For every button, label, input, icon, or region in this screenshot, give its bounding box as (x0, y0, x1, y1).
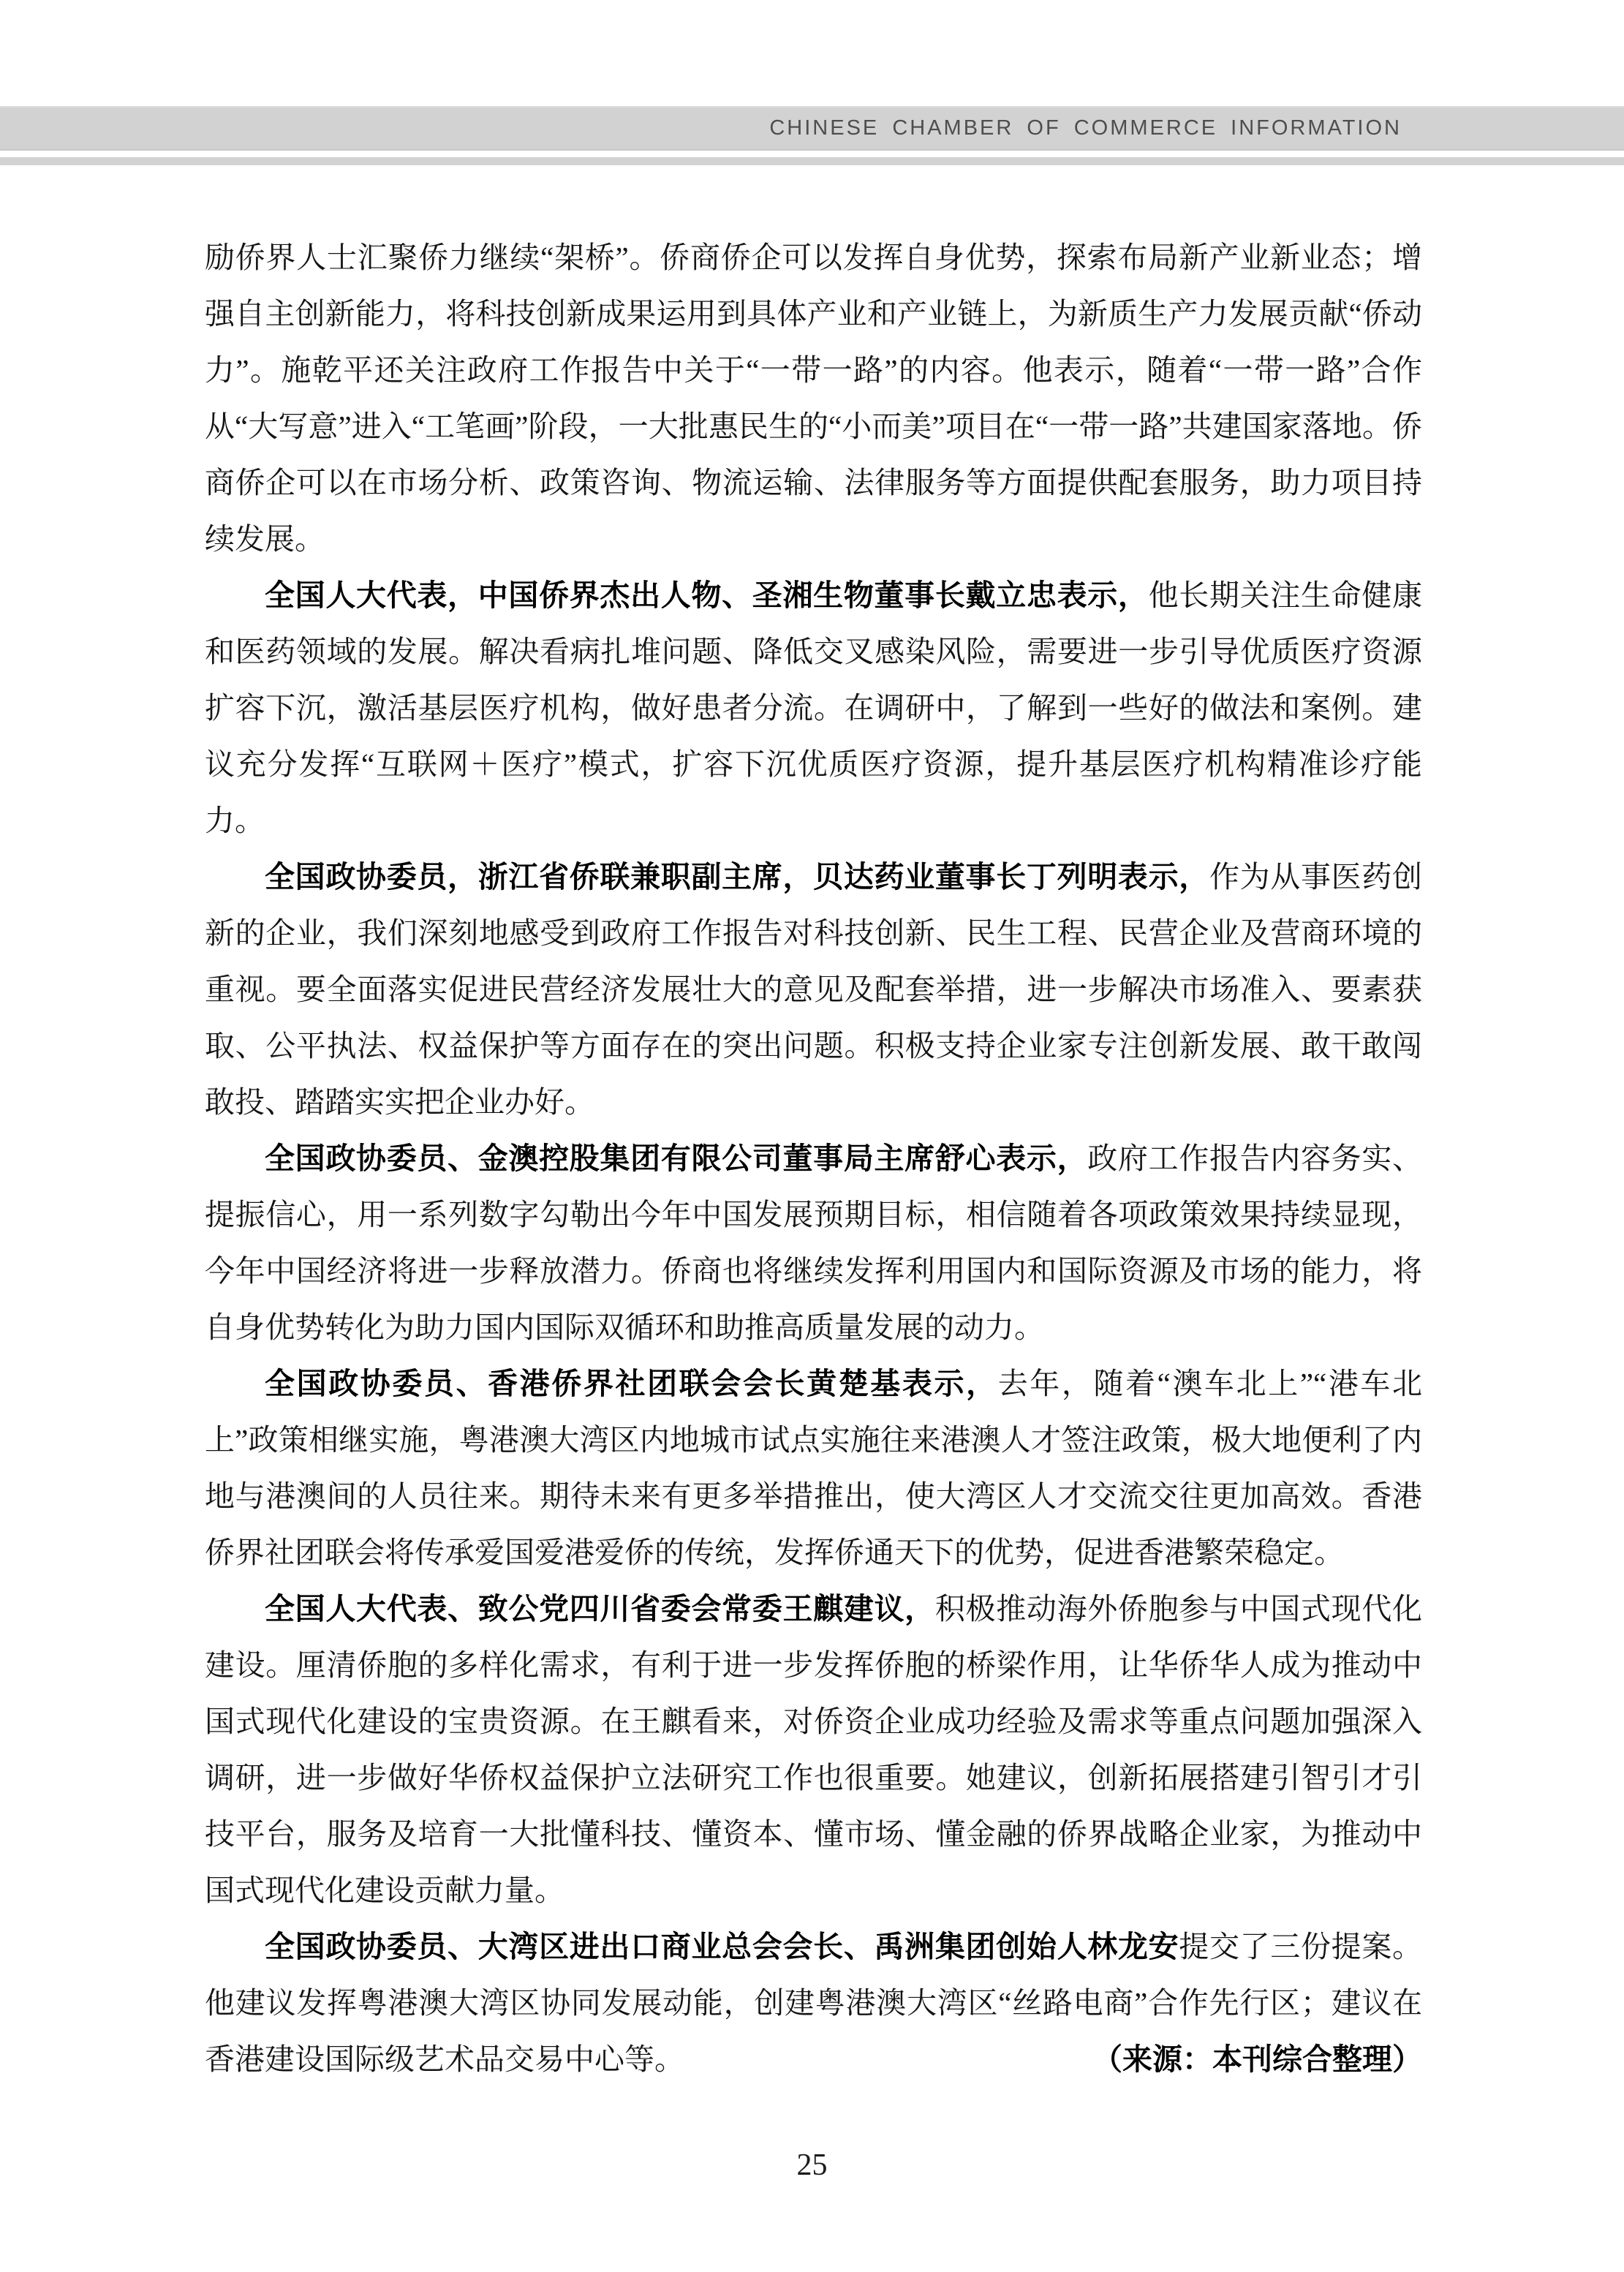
source-note: （来源：本刊综合整理） (1092, 2031, 1422, 2088)
paragraph: 全国政协委员、香港侨界社团联会会长黄楚基表示，去年，随着“澳车北上”“港车北上”… (205, 1356, 1422, 1581)
paragraph-lead: 全国人大代表、致公党四川省委会常委王麒建议， (265, 1592, 935, 1626)
article-body: 励侨界人士汇聚侨力继续“架桥”。侨商侨企可以发挥自身优势，探索布局新产业新业态；… (205, 230, 1422, 2088)
paragraph-text: 作为从事医药创新的企业，我们深刻地感受到政府工作报告对科技创新、民生工程、民营企… (205, 860, 1422, 1119)
page-number: 25 (0, 2148, 1624, 2182)
paragraph: 全国政协委员，浙江省侨联兼职副主席，贝达药业董事长丁列明表示，作为从事医药创新的… (205, 849, 1422, 1131)
paragraph-lead: 全国政协委员、香港侨界社团联会会长黄楚基表示， (265, 1367, 998, 1400)
paragraph-lead: 全国人大代表，中国侨界杰出人物、圣湘生物董事长戴立忠表示， (265, 578, 1149, 612)
paragraph-lead: 全国政协委员，浙江省侨联兼职副主席，贝达药业董事长丁列明表示， (265, 860, 1209, 894)
header-rule (0, 157, 1624, 165)
paragraph-lead: 全国政协委员、大湾区进出口商业总会会长、禹洲集团创始人林龙安 (265, 1930, 1179, 1963)
paragraph: 励侨界人士汇聚侨力继续“架桥”。侨商侨企可以发挥自身优势，探索布局新产业新业态；… (205, 230, 1422, 567)
paragraph: 全国政协委员、金澳控股集团有限公司董事局主席舒心表示，政府工作报告内容务实、提振… (205, 1131, 1422, 1356)
paragraph-text: 励侨界人士汇聚侨力继续“架桥”。侨商侨企可以发挥自身优势，探索布局新产业新业态；… (205, 241, 1422, 556)
header-banner-title: CHINESE CHAMBER OF COMMERCE INFORMATION (0, 106, 1624, 151)
paragraph: 全国政协委员、大湾区进出口商业总会会长、禹洲集团创始人林龙安提交了三份提案。他建… (205, 1919, 1422, 2088)
paragraph-text: 积极推动海外侨胞参与中国式现代化建设。厘清侨胞的多样化需求，有利于进一步发挥侨胞… (205, 1592, 1422, 1907)
paragraph: 全国人大代表，中国侨界杰出人物、圣湘生物董事长戴立忠表示，他长期关注生命健康和医… (205, 567, 1422, 849)
header-banner: CHINESE CHAMBER OF COMMERCE INFORMATION (0, 106, 1624, 151)
paragraph-lead: 全国政协委员、金澳控股集团有限公司董事局主席舒心表示， (265, 1141, 1087, 1175)
paragraph-text: 他长期关注生命健康和医药领域的发展。解决看病扎堆问题、降低交叉感染风险，需要进一… (205, 578, 1422, 837)
paragraph: 全国人大代表、致公党四川省委会常委王麒建议，积极推动海外侨胞参与中国式现代化建设… (205, 1581, 1422, 1919)
